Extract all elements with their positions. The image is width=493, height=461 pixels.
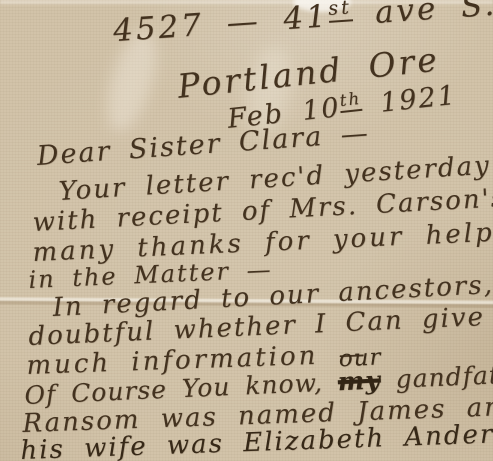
letter-page: 4527 — 41st ave S.E. Portland Ore Feb 10… — [0, 0, 493, 461]
correction-wrap: myour — [337, 367, 381, 394]
correction-after: gandfather — [380, 358, 493, 394]
inserted-word-above: our — [338, 346, 382, 371]
address-ordinal: st — [327, 0, 352, 23]
date-year: 1921 — [360, 80, 458, 121]
address-number: 4527 — 41 — [112, 0, 330, 49]
date-ordinal: th — [339, 88, 363, 113]
address-rest: ave S.E. — [351, 0, 493, 33]
